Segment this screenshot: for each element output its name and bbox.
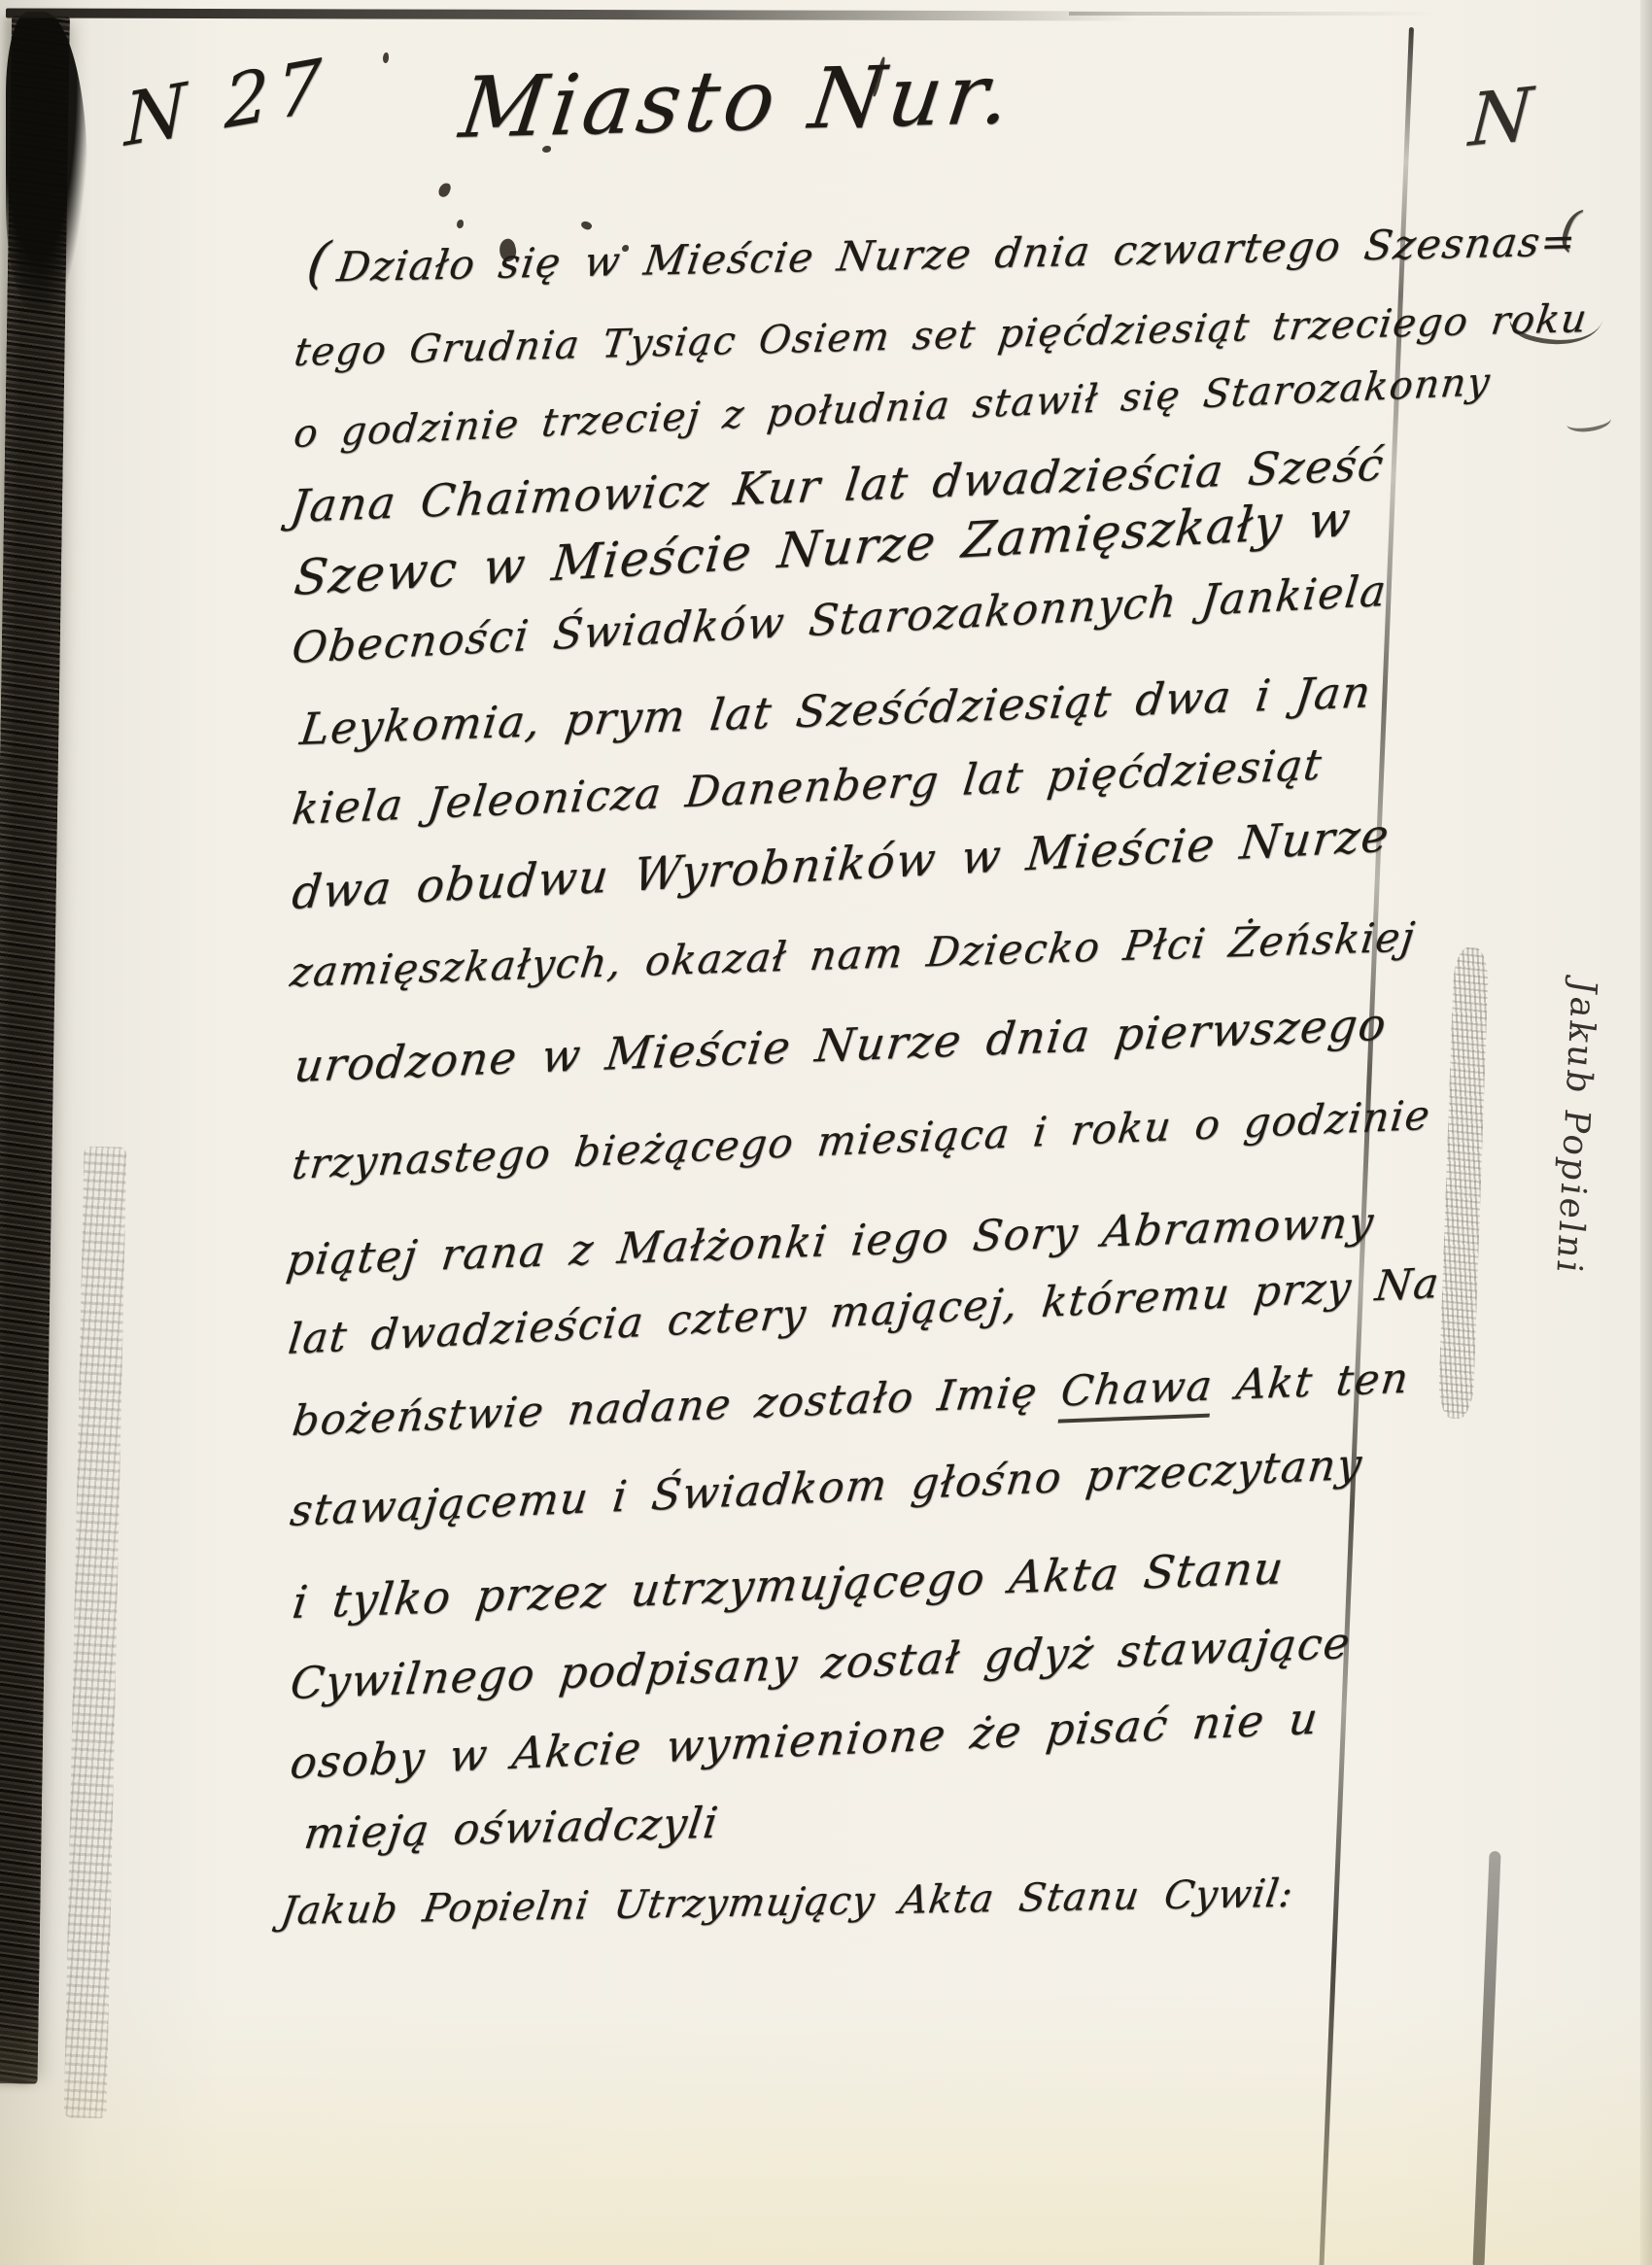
fold-crease-smudge <box>1438 947 1490 1420</box>
manuscript-line: (Działo się w Mieście Nurze dnia czwarte… <box>303 204 1582 295</box>
opening-flourish: ( <box>303 230 335 295</box>
left-binding-scan-artifact <box>0 16 70 2084</box>
manuscript-line: trzynastego bieżącego miesiąca i roku o … <box>290 1091 1433 1188</box>
top-scan-edge <box>6 8 1138 20</box>
top-scan-edge-faint <box>1069 12 1438 16</box>
margin-note-vertical: Jakub Popielni <box>1548 978 1603 1279</box>
manuscript-line: zamięszkałych, okazał nam Dziecko Płci Ż… <box>288 912 1419 996</box>
manuscript-line: osoby w Akcie wymienione że pisać nie u <box>288 1692 1322 1789</box>
manuscript-line: Leykomia, prym lat Sześćdziesiąt dwa i J… <box>297 666 1375 755</box>
manuscript-line: urodzone w Mieście Nurze dnia pierwszego <box>292 998 1390 1092</box>
left-edge-speckle <box>64 1147 127 2119</box>
manuscript-line: bożeństwie nadane zostało Imię Chawa Akt… <box>290 1355 1412 1446</box>
manuscript-line: stawającemu i Świadkom głośno przeczytan… <box>288 1440 1365 1536</box>
line-text: Działo się w Mieście Nurze dnia czwarteg… <box>334 217 1580 291</box>
manuscript-line: i tylko przez utrzymującego Akta Stanu <box>290 1541 1288 1629</box>
signature-line: Jakub Popielni Utrzymujący Akta Stanu Cy… <box>278 1871 1296 1934</box>
corner-page-number-fragment: N <box>1466 72 1534 163</box>
act-number: N 27 <box>124 42 329 163</box>
ink-blot <box>437 182 452 199</box>
paper-discoloration <box>0 1993 1652 2265</box>
underlined-given-name: Chawa <box>1057 1361 1216 1423</box>
page-title: Miasto Nur. <box>455 46 1020 157</box>
line-text-pre: bożeństwie nadane zostało Imię <box>290 1367 1064 1446</box>
adjacent-page-edge <box>1640 0 1652 2265</box>
manuscript-line: Cywilnego podpisany został gdyż stawając… <box>288 1617 1354 1709</box>
line-text-post: Akt ten <box>1210 1355 1412 1411</box>
manuscript-line: mieją oświadczyli <box>301 1799 722 1859</box>
scanned-document-page: N 27 Miasto Nur. (Działo się w Mieście N… <box>0 0 1652 2265</box>
ink-blot <box>383 52 389 63</box>
stray-pen-stroke <box>1566 409 1612 434</box>
left-binding-blob <box>6 12 87 313</box>
